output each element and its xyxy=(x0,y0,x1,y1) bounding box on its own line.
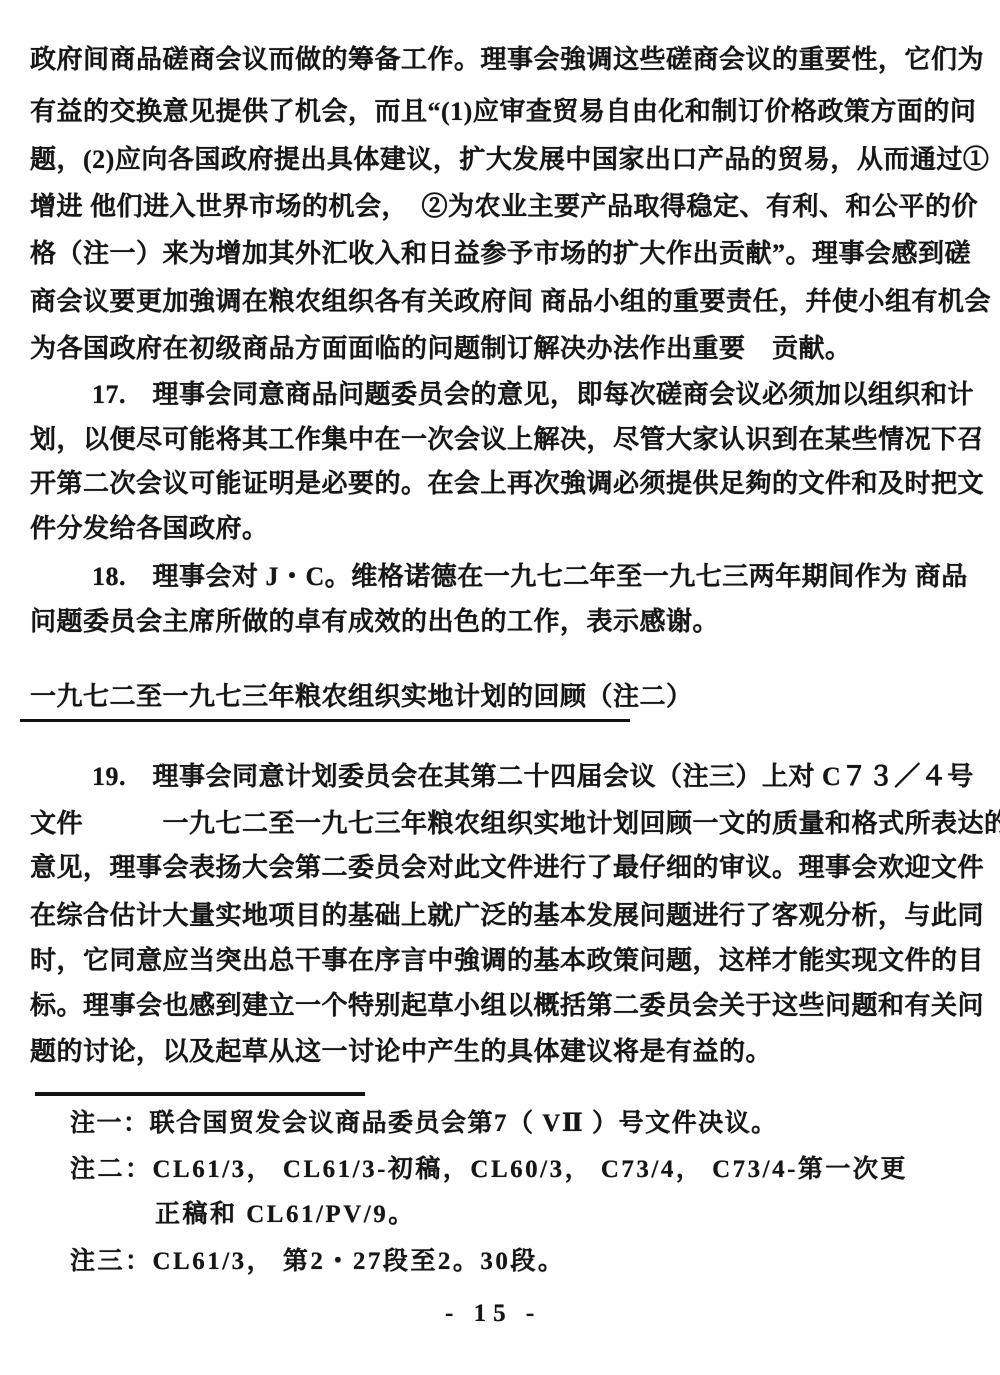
para-18-line-1: 18. 理事会对 J・C。维格诺德在一九七二年至一九七三两年期间作为 商品 xyxy=(92,560,968,594)
section-heading: 一九七二至一九七三年粮农组织实地计划的回顾（注二） xyxy=(30,680,693,714)
footnote-2-line-2: 正稿和 CL61/PV/9。 xyxy=(155,1198,416,1232)
para-continued-line-4: 增进 他们进入世界市场的机会， ②为农业主要产品取得稳定、有利、和公平的价 xyxy=(30,190,978,224)
para-19-line-6: 标。理事会也感到建立一个特别起草小组以概括第二委员会关于这些问题和有关问 xyxy=(30,989,984,1023)
footnote-separator-rule xyxy=(35,1092,365,1096)
heading-underline xyxy=(20,719,630,722)
footnote-3: 注三：CL61/3， 第2・27段至2。30段。 xyxy=(70,1245,565,1279)
para-continued-line-1: 政府间商品磋商会议而做的筹备工作。理事会強调这些磋商会议的重要性，它们为 xyxy=(30,43,984,77)
footnote-1: 注一：联合国贸发会议商品委员会第7（ VⅡ ）号文件决议。 xyxy=(70,1107,778,1141)
para-17-line-3: 开第二次会议可能证明是必要的。在会上再次強调必须提供足夠的文件和及时把文 xyxy=(30,467,984,501)
para-continued-line-6: 商会议要更加強调在粮农组织各有关政府间 商品小组的重要责任，幷使小组有机会 xyxy=(30,285,991,319)
para-19-line-5: 时，它同意应当突出总干事在序言中強调的基本政策问题，这样才能实现文件的目 xyxy=(30,944,984,978)
para-19-line-2: 文件 一九七二至一九七三年粮农组织实地计划回顾一文的质量和格式所表达的 xyxy=(30,807,1000,841)
para-19-line-4: 在综合估计大量实地项目的基础上就广泛的基本发展问题进行了客观分析，与此同 xyxy=(30,899,984,933)
para-18-line-2: 问题委员会主席所做的卓有成效的出色的工作，表示感谢。 xyxy=(30,605,719,639)
para-17-line-2: 划，以便尽可能将其工作集中在一次会议上解决，尽管大家认识到在某些情况下召 xyxy=(30,423,984,457)
footnote-2-line-1: 注二：CL61/3， CL61/3-初稿，CL60/3， C73/4， C73/… xyxy=(70,1153,908,1187)
para-continued-line-2: 有益的交换意见提供了机会，而且“(1)应审查贸易自由化和制订价格政策方面的问 xyxy=(30,95,976,129)
para-continued-line-5: 格（注一）来为增加其外汇收入和日益参予市场的扩大作出贡献”。理事会感到磋 xyxy=(30,237,971,271)
page-number: - 15 - xyxy=(445,1297,541,1331)
para-19-line-7: 题的讨论，以及起草从这一讨论中产生的具体建议将是有益的。 xyxy=(30,1035,772,1069)
para-continued-line-3: 题，(2)应向各国政府提出具体建议，扩大发展中国家出口产品的贸易，从而通过① xyxy=(30,143,989,177)
para-continued-line-7: 为各国政府在初级商品方面面临的问题制订解决办法作出重要 贡献。 xyxy=(30,332,852,366)
scanned-document-page: 政府间商品磋商会议而做的筹备工作。理事会強调这些磋商会议的重要性，它们为 有益的… xyxy=(0,0,1000,1375)
para-19-line-3: 意见，理事会表扬大会第二委员会对此文件进行了最仔细的审议。理事会欢迎文件 xyxy=(30,851,984,885)
para-19-line-1: 19. 理事会同意计划委员会在其第二十四届会议（注三）上对 C７３／４号 xyxy=(92,760,974,794)
para-17-line-4: 件分发给各国政府。 xyxy=(30,512,269,546)
para-17-line-1: 17. 理事会同意商品问题委员会的意见，即每次磋商会议必须加以组织和计 xyxy=(92,378,974,412)
